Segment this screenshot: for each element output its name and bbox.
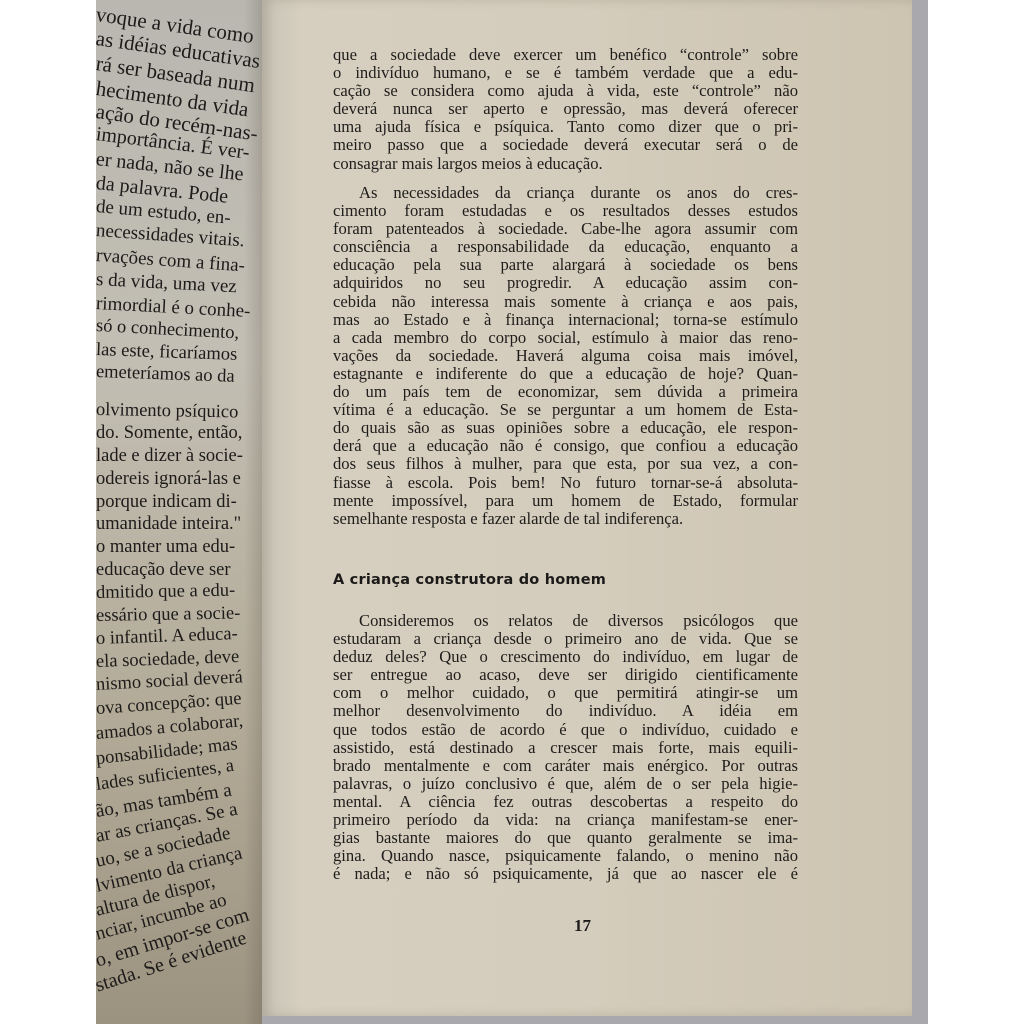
text-line: que todos estão de acordo é que o indiví… <box>333 721 798 739</box>
text-line: cebida não interessa mais somente à cria… <box>333 293 798 311</box>
paragraph-1: que a sociedade deve exercer um benéfico… <box>333 46 798 173</box>
text-line: semelhante resposta e fazer alarde de ta… <box>333 510 798 528</box>
text-line: gina. Quando nasce, psiquicamente faland… <box>333 847 798 865</box>
left-line: lade e dizer à socie- <box>96 446 243 467</box>
text-line: é nada; e não só psiquicamente, já que a… <box>333 865 798 883</box>
text-line: deduz deles? Que o crescimento do indiví… <box>333 648 798 666</box>
text-line: com o melhor cuidado, o que permitirá at… <box>333 684 798 702</box>
text-line: vítima é a educação. Se se perguntar a u… <box>333 401 798 419</box>
text-line: adquiridos no seu progredir. A educação … <box>333 274 798 292</box>
text-line: mental. A ciência fez outras descobertas… <box>333 793 798 811</box>
left-line: porque indicam di- <box>96 492 237 513</box>
text-line: educação pela sua parte alargará à socie… <box>333 256 798 274</box>
text-line: mas ao Estado e à finança internacional;… <box>333 311 798 329</box>
text-line: melhor desenvolvimento do indivíduo. A i… <box>333 702 798 720</box>
text-line: brado mentalmente e com caráter mais ené… <box>333 757 798 775</box>
left-line: do. Somente, então, <box>96 423 242 444</box>
right-page: que a sociedade deve exercer um benéfico… <box>262 0 912 1016</box>
text-line: cação se considera como ajuda à vida, es… <box>333 82 798 100</box>
text-line: consagrar mais largos meios à educação. <box>333 155 798 173</box>
text-line: assistido, está destinado a crescer mais… <box>333 739 798 757</box>
paragraph-2: As necessidades da criança durante os an… <box>333 184 798 528</box>
text-line: estagnante e indiferente do que a educaç… <box>333 365 798 383</box>
text-line: a cada membro do corpo social, estímulo … <box>333 329 798 347</box>
left-line: dmitido que a edu- <box>96 581 235 604</box>
text-line: que a sociedade deve exercer um benéfico… <box>333 46 798 64</box>
left-line: o manter uma edu- <box>96 537 235 558</box>
text-line: estudaram a criança desde o primeiro ano… <box>333 630 798 648</box>
text-line: ser entregue ao acaso, deve ser dirigido… <box>333 666 798 684</box>
text-line: vações da sociedade. Haverá alguma coisa… <box>333 347 798 365</box>
text-line: consciência a responsabilidade da educaç… <box>333 238 798 256</box>
left-line: olvimento psíquico <box>96 400 239 423</box>
left-line: odereis ignorá-las e <box>96 469 241 490</box>
text-line: meiro passo que a sociedade deverá execu… <box>333 136 798 154</box>
left-line: emeteríamos ao da <box>96 362 235 388</box>
text-line: uma ajuda física e psíquica. Tanto como … <box>333 118 798 136</box>
page-number: 17 <box>574 916 591 936</box>
left-line: umanidade inteira." <box>96 514 241 535</box>
text-line: o indivíduo humano, e se é também verdad… <box>333 64 798 82</box>
text-line: Consideremos os relatos de diversos psic… <box>333 612 798 630</box>
text-line: deverá nunca ser aperto e opressão, mas … <box>333 100 798 118</box>
left-line: essário que a socie- <box>96 603 241 627</box>
left-page: voque a vida como as idéias educativas r… <box>96 0 262 1024</box>
text-line: foram patenteados à sociedade. Cabe-lhe … <box>333 220 798 238</box>
left-line: educação deve ser <box>96 560 231 581</box>
text-line: cimento foram estudadas e os resultados … <box>333 202 798 220</box>
text-line: primeiro período da vida: na criança man… <box>333 811 798 829</box>
text-line: mente impossível, para um homem de Estad… <box>333 492 798 510</box>
text-line: do quais são as suas opiniões sobre a ed… <box>333 419 798 437</box>
text-line: fiasse à escola. Pois bem! No futuro tor… <box>333 474 798 492</box>
text-line: gias bastante maiores do que quanto gera… <box>333 829 798 847</box>
text-line: do um país tem de economizar, sem dúvida… <box>333 383 798 401</box>
text-line: derá que a educação não é consigo, que c… <box>333 437 798 455</box>
section-heading: A criança construtora do homem <box>333 572 606 588</box>
left-line: o infantil. A educa- <box>96 624 238 650</box>
text-line: dos seus filhos à mulher, para que esta,… <box>333 455 798 473</box>
text-line: As necessidades da criança durante os an… <box>333 184 798 202</box>
text-line: palavras, o juízo conclusivo é que, além… <box>333 775 798 793</box>
paragraph-3: Consideremos os relatos de diversos psic… <box>333 612 798 883</box>
